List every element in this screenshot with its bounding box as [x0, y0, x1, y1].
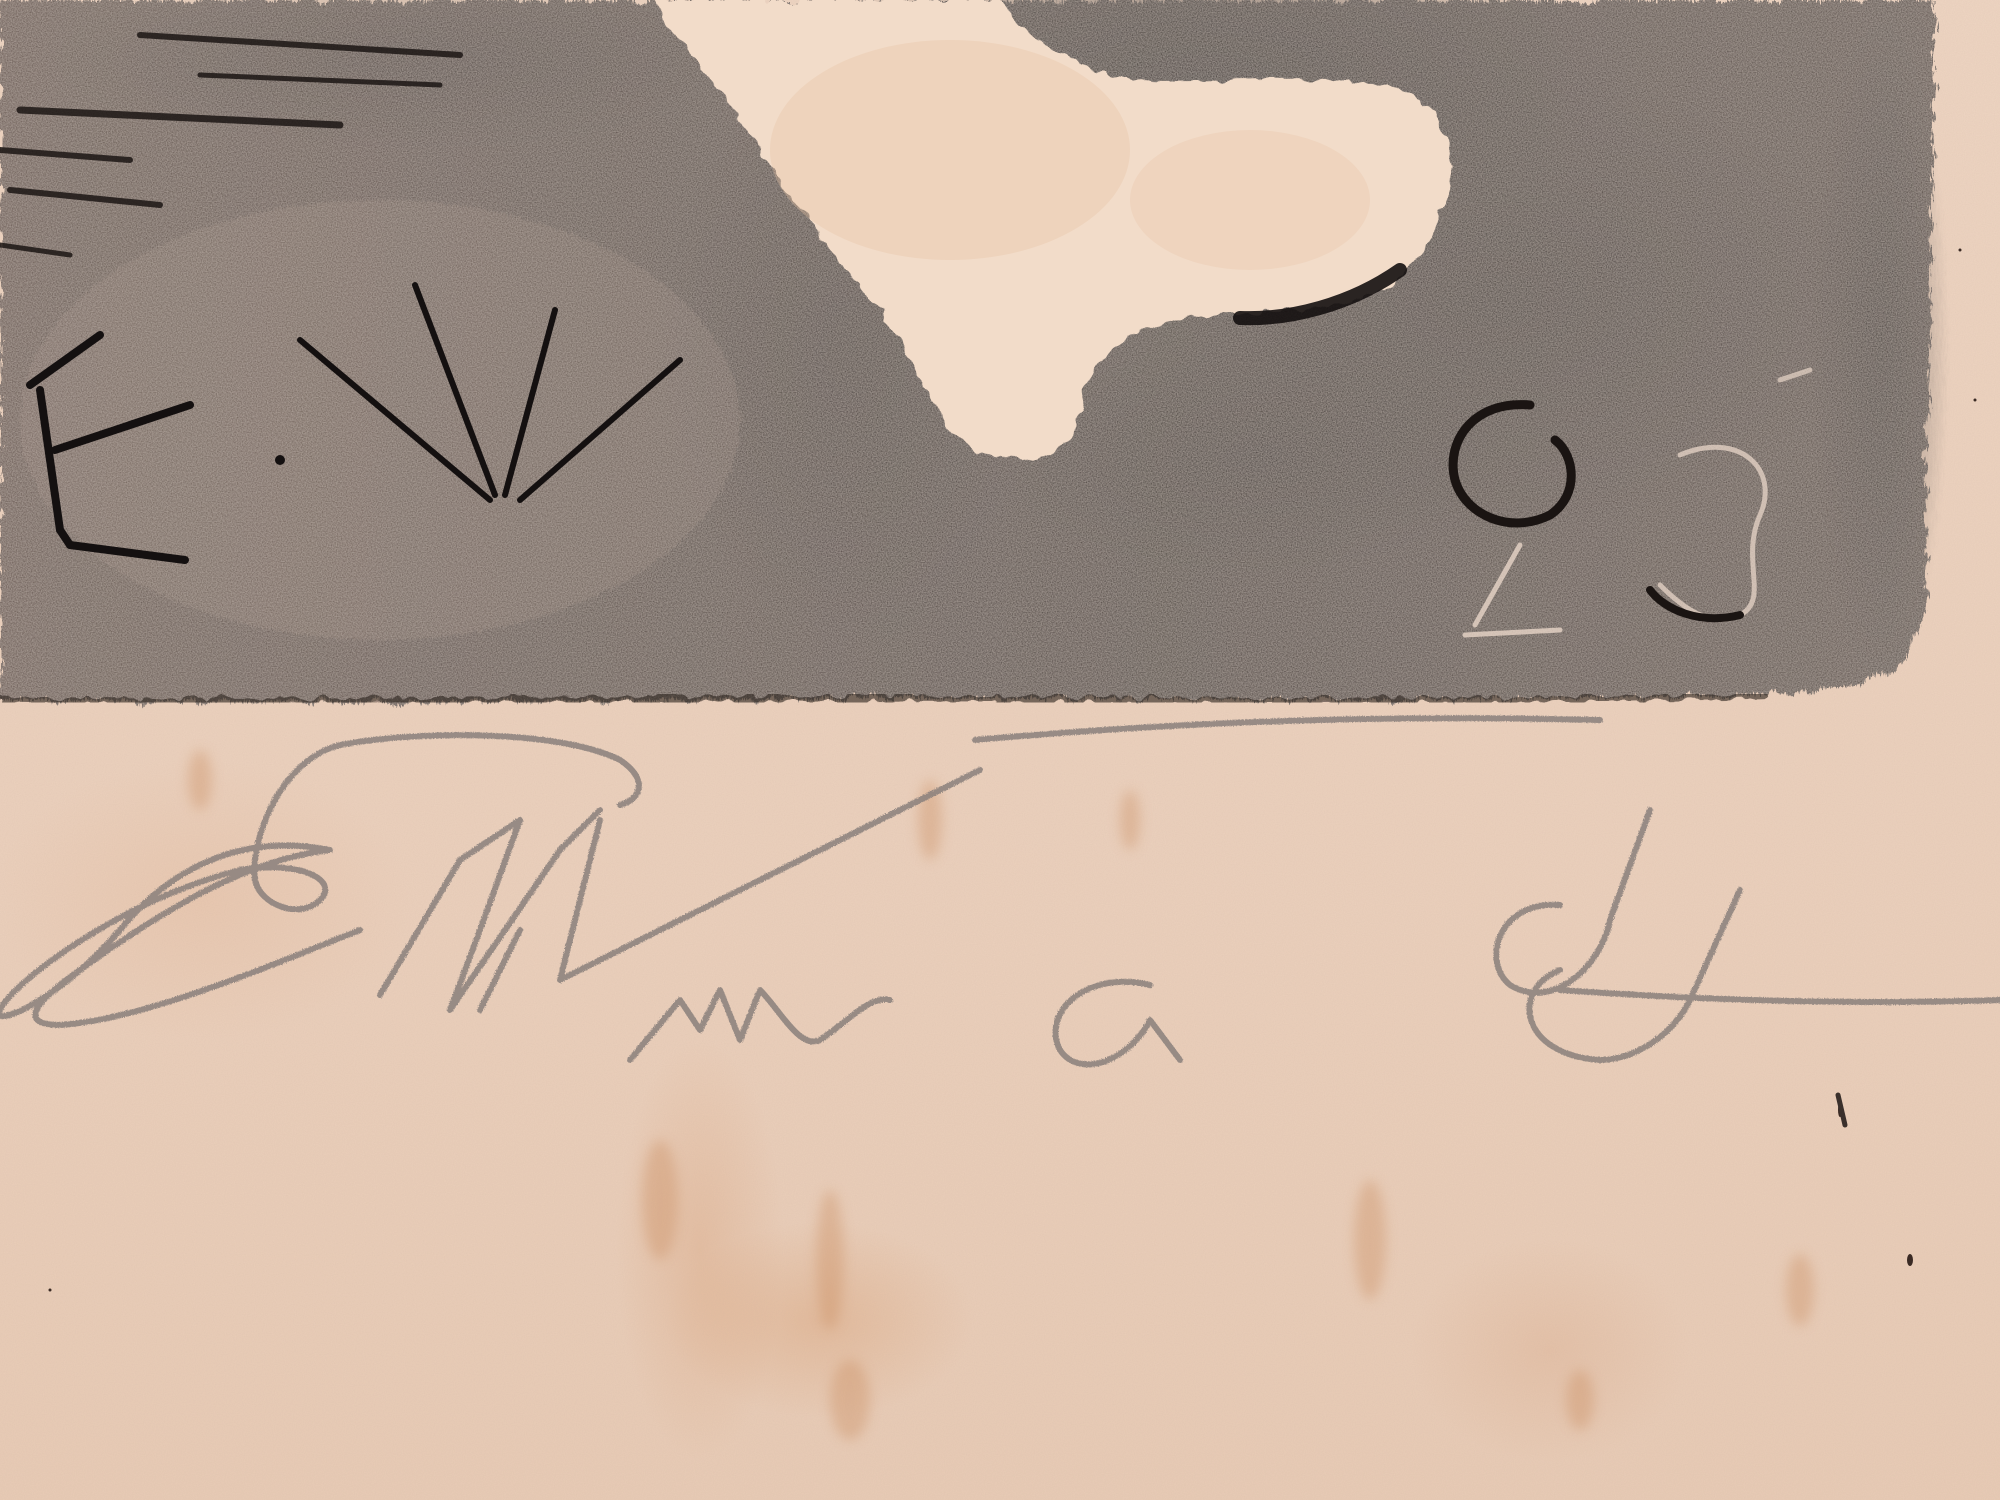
photograph — [0, 0, 2000, 1500]
pencil-signature — [0, 0, 2000, 1500]
pencil-dot — [1838, 1095, 1845, 1125]
